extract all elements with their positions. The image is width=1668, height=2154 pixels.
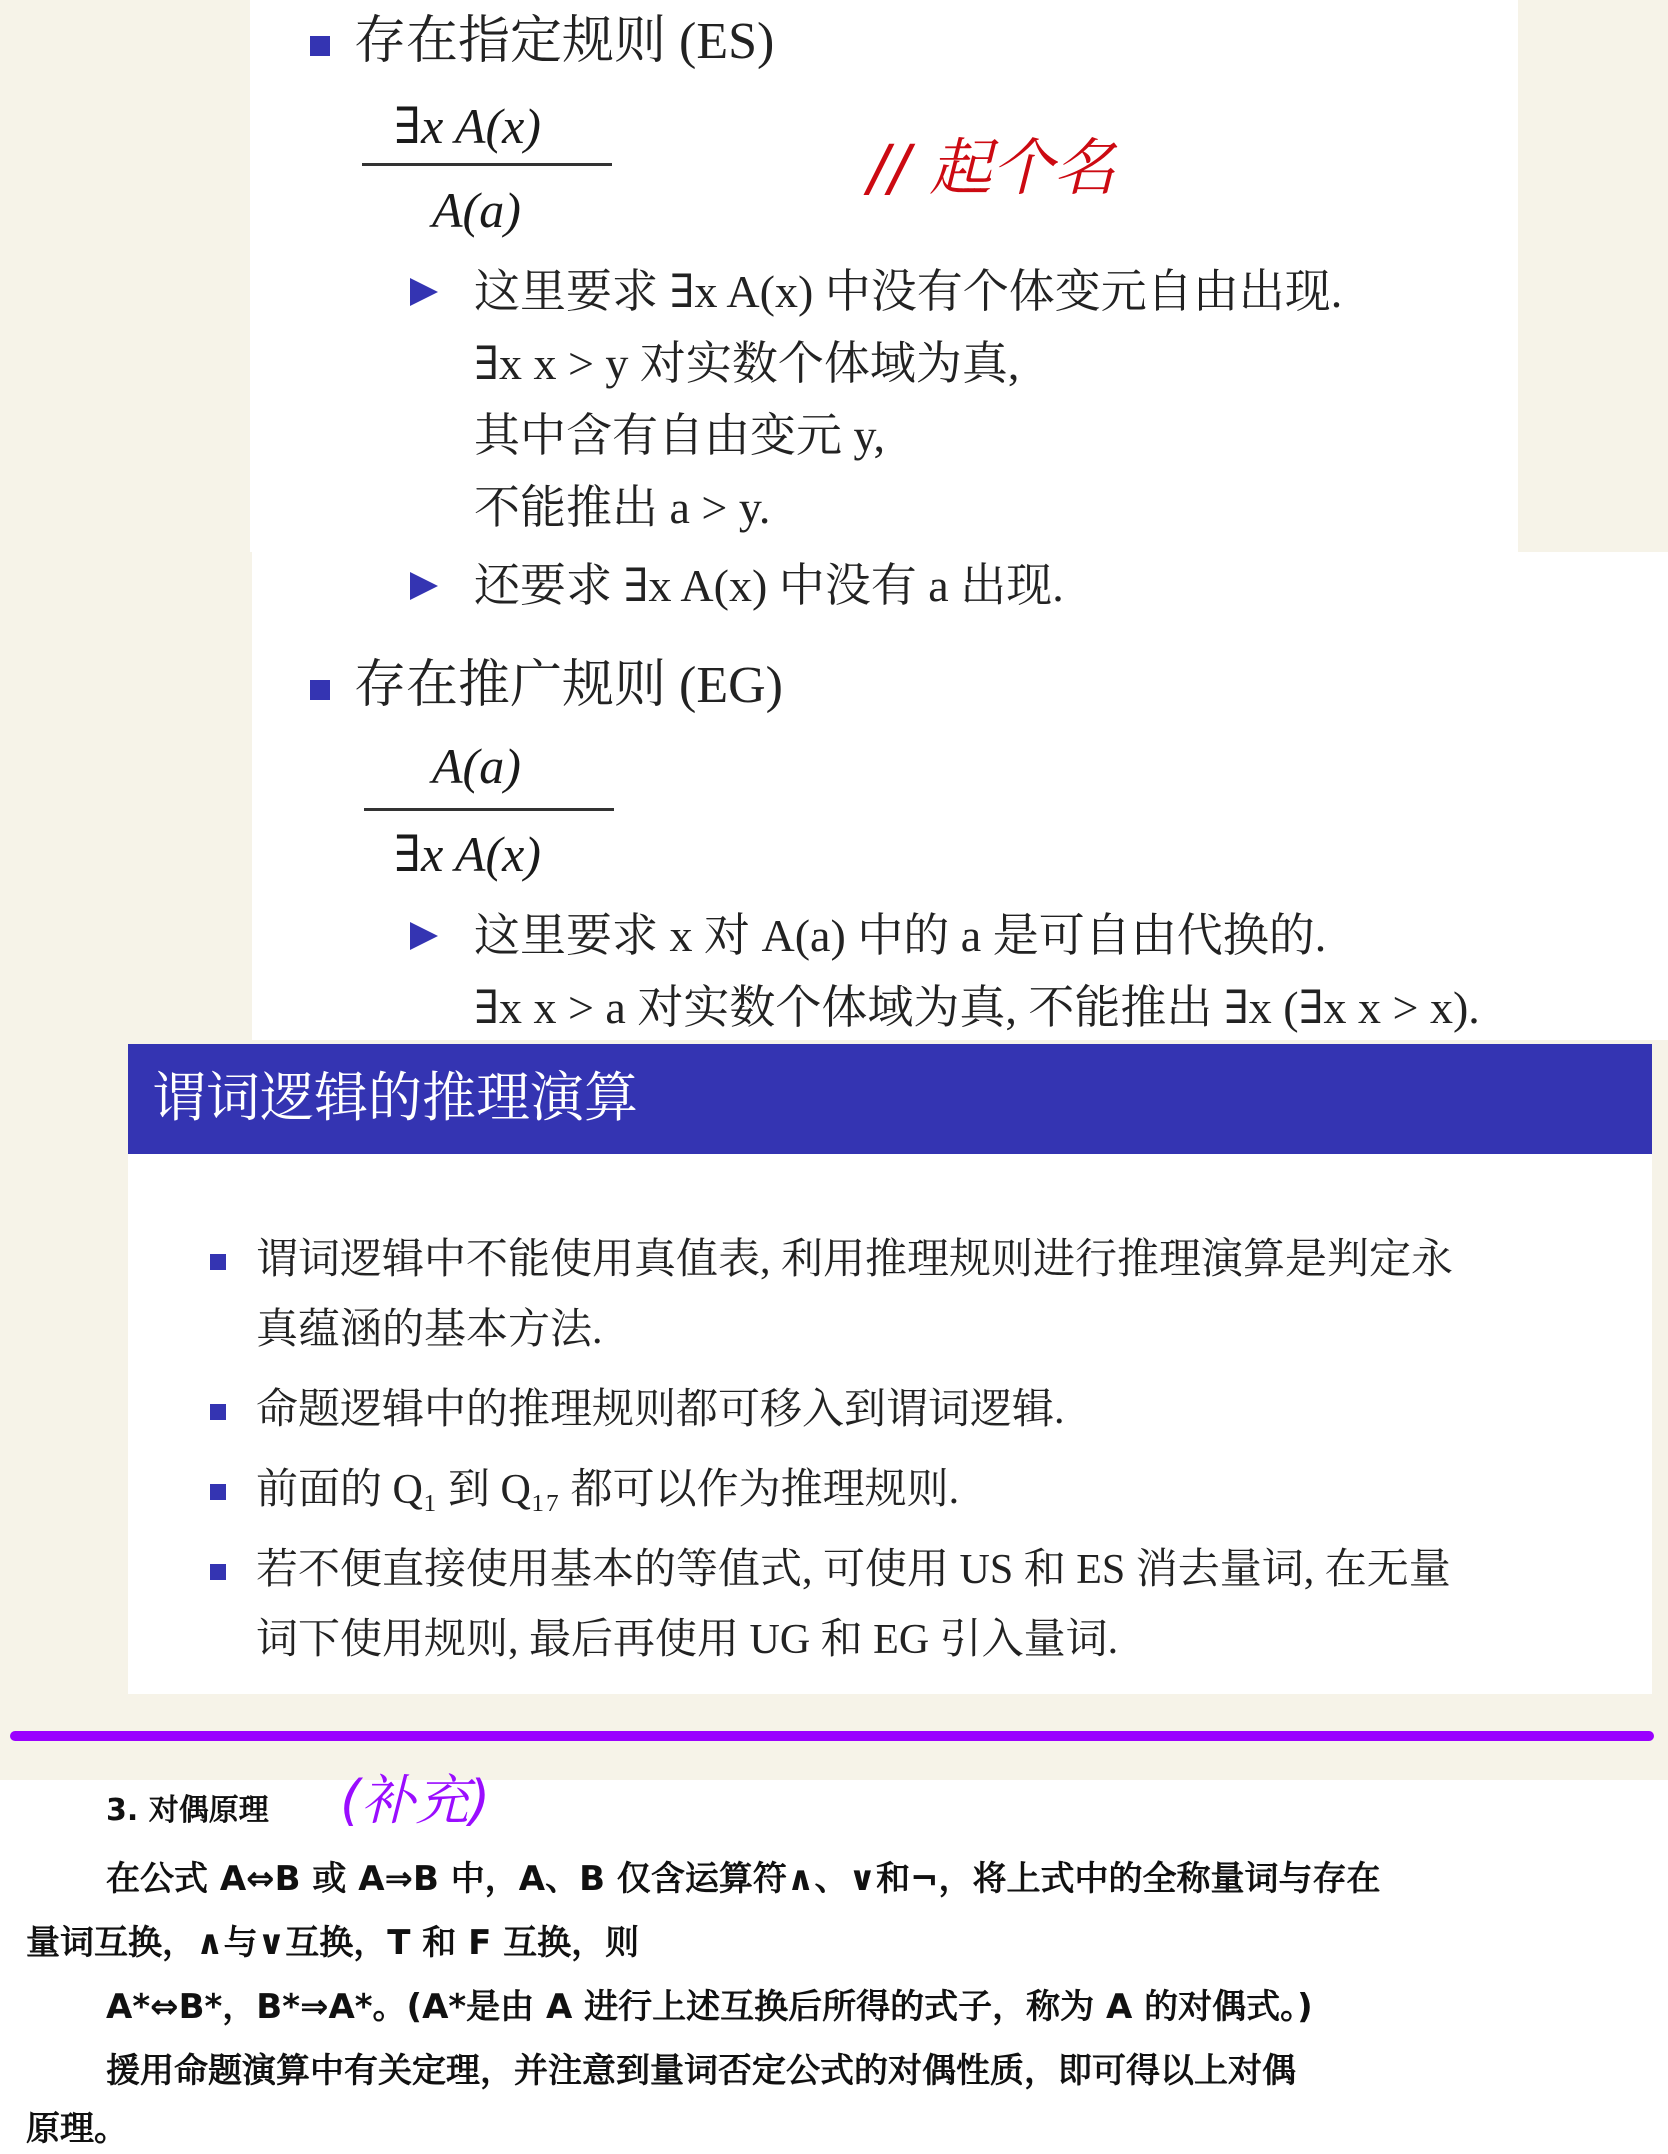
bullet-triangle-icon [410,922,438,950]
slide2-bullet: 命题逻辑中的推理规则都可移入到谓词逻辑. [210,1382,1640,1438]
slide2-bullet: 前面的 Q₁ 到 Q₁₇ 都可以作为推理规则. [210,1462,1640,1518]
es-note-line: 这里要求 ∃x A(x) 中没有个体变元自由出现. [474,262,1342,322]
eg-note-1: 这里要求 x 对 A(a) 中的 a 是可自由代换的. ∃x x > a 对实数… [410,906,1480,1038]
es-note-line: 其中含有自由变元 y, [474,406,1342,466]
eg-fraction-bar [364,808,614,811]
bullet-triangle-icon [410,278,438,306]
eg-heading-text: 存在推广规则 (EG) [354,657,783,714]
es-note-line: 不能推出 a > y. [474,478,1342,538]
slide2-bullet-list: 谓词逻辑中不能使用真值表, 利用推理规则进行推理演算是判定永 真蕴涵的基本方法.… [210,1232,1640,1668]
bullet-triangle-icon [410,572,438,600]
bullet-line: 真蕴涵的基本方法. [256,1302,1640,1358]
es-note-1: 这里要求 ∃x A(x) 中没有个体变元自由出现. ∃x x > y 对实数个体… [410,262,1342,538]
handwritten-annotation-name-it: // 起个名 [868,128,1116,208]
slide2-bullet: 若不便直接使用基本的等值式, 可使用 US 和 ES 消去量词, 在无量 词下使… [210,1542,1640,1668]
eg-note-line: ∃x x > a 对实数个体域为真, 不能推出 ∃x (∃x x > x). [474,978,1480,1038]
es-note-2-text: 还要求 ∃x A(x) 中没有 a 出现. [474,556,1064,616]
section-divider [10,1731,1654,1741]
eg-note-line: 这里要求 x 对 A(a) 中的 a 是可自由代换的. [474,906,1480,966]
bullet-square-icon [310,680,330,700]
document-paragraph-line: 原理。 [26,2106,128,2152]
document-paragraph-line: 在公式 A⇔B 或 A⇒B 中，A、B 仅含运算符∧、∨和¬，将上式中的全称量词… [106,1856,1381,1902]
es-heading: 存在指定规则 (ES) [310,10,774,74]
es-note-2: 还要求 ∃x A(x) 中没有 a 出现. [410,556,1064,616]
bullet-line: 前面的 Q₁ 到 Q₁₇ 都可以作为推理规则. [256,1462,1640,1518]
es-premise: ∃x A(x) [394,96,541,156]
slide2-title-bar: 谓词逻辑的推理演算 [128,1044,1652,1154]
bullet-square-icon [310,36,330,56]
bullet-square-icon [210,1564,226,1580]
es-heading-text: 存在指定规则 (ES) [354,13,774,70]
bullet-line: 命题逻辑中的推理规则都可移入到谓词逻辑. [256,1382,1640,1438]
bullet-line: 若不便直接使用基本的等值式, 可使用 US 和 ES 消去量词, 在无量 [256,1542,1640,1598]
bullet-line: 谓词逻辑中不能使用真值表, 利用推理规则进行推理演算是判定永 [256,1232,1640,1288]
slide2-bullet: 谓词逻辑中不能使用真值表, 利用推理规则进行推理演算是判定永 真蕴涵的基本方法. [210,1232,1640,1358]
eg-premise: A(a) [432,736,521,796]
bullet-square-icon [210,1404,226,1420]
document-panel [0,1780,1668,2154]
eg-heading: 存在推广规则 (EG) [310,654,783,718]
document-paragraph-line: 援用命题演算中有关定理，并注意到量词否定公式的对偶性质，即可得以上对偶 [106,2048,1296,2094]
bullet-line: 词下使用规则, 最后再使用 UG 和 EG 引入量词. [256,1612,1640,1668]
document-paragraph-line: A*⇔B*，B*⇒A*。(A*是由 A 进行上述互换后所得的式子，称为 A 的对… [106,1984,1313,2030]
es-conclusion: A(a) [432,180,521,240]
handwritten-annotation-supplement: (补充) [340,1766,490,1836]
document-paragraph-line: 量词互换，∧与∨互换，T 和 F 互换，则 [26,1920,639,1966]
bullet-square-icon [210,1484,226,1500]
es-fraction-bar [362,163,612,166]
es-note-line: ∃x x > y 对实数个体域为真, [474,334,1342,394]
slide2-title: 谓词逻辑的推理演算 [152,1066,638,1130]
bullet-square-icon [210,1254,226,1270]
document-section-title: 3. 对偶原理 [106,1788,269,1834]
eg-conclusion: ∃x A(x) [394,824,541,884]
